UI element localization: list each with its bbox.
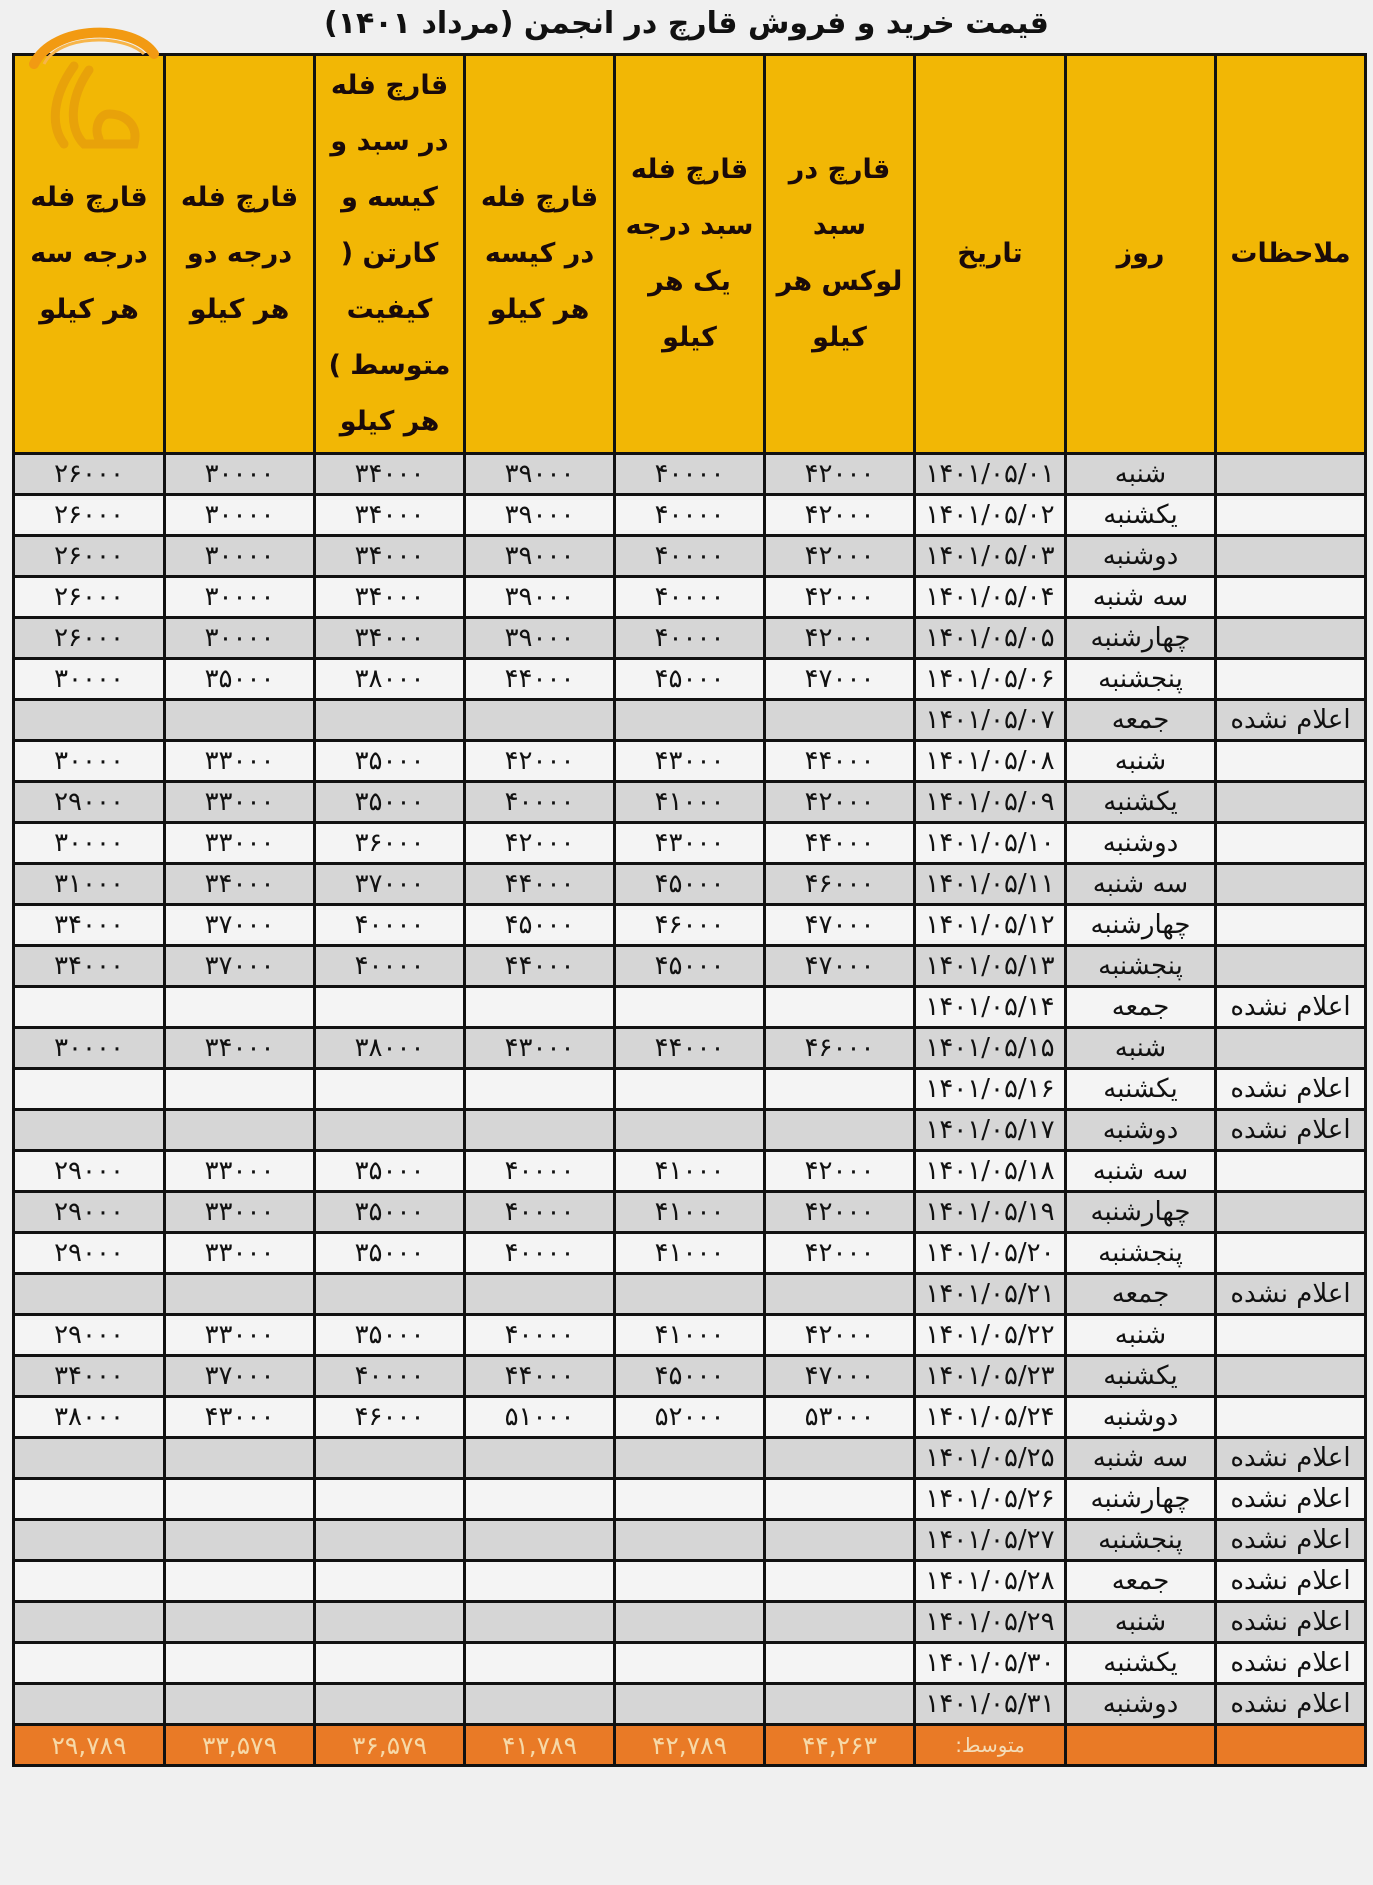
notes-cell: اعلام نشده [1216,1110,1366,1151]
lux-basket-price-cell [765,1602,915,1643]
grade3-price-cell: ۲۶۰۰۰ [14,577,165,618]
table-row: دوشنبه۱۴۰۱/۰۵/۱۰۴۴۰۰۰۴۳۰۰۰۴۲۰۰۰۳۶۰۰۰۳۳۰۰… [14,823,1366,864]
notes-cell [1216,577,1366,618]
day-cell: چهارشنبه [1066,618,1216,659]
mixed-carton-price-cell: ۳۴۰۰۰ [315,618,465,659]
date-cell: ۱۴۰۱/۰۵/۰۴ [915,577,1066,618]
table-row: پنجشنبه۱۴۰۱/۰۵/۰۶۴۷۰۰۰۴۵۰۰۰۴۴۰۰۰۳۸۰۰۰۳۵۰… [14,659,1366,700]
notes-cell [1216,536,1366,577]
grade3-price-cell: ۲۶۰۰۰ [14,536,165,577]
grade2-price-cell: ۳۳۰۰۰ [165,823,315,864]
grade2-price-cell: ۳۷۰۰۰ [165,905,315,946]
lux-basket-price-cell: ۴۲۰۰۰ [765,1315,915,1356]
mixed-carton-price-cell [315,1561,465,1602]
mixed-carton-price-cell: ۳۴۰۰۰ [315,495,465,536]
header-grade1-basket: قارچ فله سبد درجه یک هر کیلو [615,55,765,454]
mixed-carton-price-cell: ۳۵۰۰۰ [315,782,465,823]
date-cell: ۱۴۰۱/۰۵/۰۷ [915,700,1066,741]
header-bulk-bag: قارچ فله در کیسه هر کیلو [465,55,615,454]
day-cell: شنبه [1066,741,1216,782]
bulk-bag-price-cell [465,1274,615,1315]
day-cell: جمعه [1066,1274,1216,1315]
table-row: اعلام نشدهیکشنبه۱۴۰۱/۰۵/۳۰ [14,1643,1366,1684]
notes-cell [1216,1397,1366,1438]
date-cell: ۱۴۰۱/۰۵/۰۳ [915,536,1066,577]
bulk-bag-price-cell [465,1110,615,1151]
day-cell: چهارشنبه [1066,1192,1216,1233]
mixed-carton-price-cell: ۴۰۰۰۰ [315,1356,465,1397]
grade3-price-cell [14,700,165,741]
bulk-bag-price-cell: ۴۰۰۰۰ [465,1151,615,1192]
grade1-basket-price-cell [615,1069,765,1110]
table-row: پنجشنبه۱۴۰۱/۰۵/۱۳۴۷۰۰۰۴۵۰۰۰۴۴۰۰۰۴۰۰۰۰۳۷۰… [14,946,1366,987]
grade2-price-cell [165,1602,315,1643]
day-cell: دوشنبه [1066,536,1216,577]
grade2-price-cell: ۳۷۰۰۰ [165,946,315,987]
grade2-price-cell [165,1684,315,1725]
header-mixed-carton: قارچ فله در سبد و کیسه و کارتن ( کیفیت م… [315,55,465,454]
bulk-bag-price-cell: ۳۹۰۰۰ [465,454,615,495]
grade2-price-cell: ۳۳۰۰۰ [165,1151,315,1192]
date-cell: ۱۴۰۱/۰۵/۰۸ [915,741,1066,782]
date-cell: ۱۴۰۱/۰۵/۱۵ [915,1028,1066,1069]
grade3-price-cell: ۳۴۰۰۰ [14,946,165,987]
mixed-carton-price-cell: ۳۵۰۰۰ [315,1233,465,1274]
day-cell: شنبه [1066,1028,1216,1069]
page-title: قیمت خرید و فروش قارچ در انجمن (مرداد ۱۴… [0,6,1373,41]
grade3-price-cell [14,1110,165,1151]
grade3-price-cell: ۳۸۰۰۰ [14,1397,165,1438]
grade1-basket-price-cell [615,1438,765,1479]
notes-cell [1216,823,1366,864]
date-cell: ۱۴۰۱/۰۵/۱۱ [915,864,1066,905]
grade1-basket-price-cell: ۴۰۰۰۰ [615,577,765,618]
mixed-carton-price-cell [315,1110,465,1151]
mixed-carton-price-cell [315,987,465,1028]
lux-basket-price-cell: ۴۲۰۰۰ [765,495,915,536]
grade1-basket-price-cell [615,1479,765,1520]
lux-basket-price-cell: ۴۲۰۰۰ [765,618,915,659]
date-cell: ۱۴۰۱/۰۵/۳۱ [915,1684,1066,1725]
average-grade1-basket: ۴۲,۷۸۹ [615,1725,765,1766]
date-cell: ۱۴۰۱/۰۵/۲۹ [915,1602,1066,1643]
date-cell: ۱۴۰۱/۰۵/۱۰ [915,823,1066,864]
lux-basket-price-cell [765,1520,915,1561]
grade1-basket-price-cell: ۴۰۰۰۰ [615,536,765,577]
grade2-price-cell [165,1561,315,1602]
bulk-bag-price-cell [465,1643,615,1684]
date-cell: ۱۴۰۱/۰۵/۰۲ [915,495,1066,536]
table-row: اعلام نشدهجمعه۱۴۰۱/۰۵/۰۷ [14,700,1366,741]
notes-cell: اعلام نشده [1216,700,1366,741]
grade3-price-cell: ۲۹۰۰۰ [14,1192,165,1233]
day-cell: جمعه [1066,700,1216,741]
grade1-basket-price-cell: ۴۰۰۰۰ [615,618,765,659]
bulk-bag-price-cell: ۳۹۰۰۰ [465,618,615,659]
lux-basket-price-cell: ۴۷۰۰۰ [765,659,915,700]
notes-cell [1216,1151,1366,1192]
table-row: شنبه۱۴۰۱/۰۵/۰۸۴۴۰۰۰۴۳۰۰۰۴۲۰۰۰۳۵۰۰۰۳۳۰۰۰۳… [14,741,1366,782]
notes-cell [1216,1192,1366,1233]
lux-basket-price-cell: ۴۴۰۰۰ [765,823,915,864]
lux-basket-price-cell: ۴۴۰۰۰ [765,741,915,782]
date-cell: ۱۴۰۱/۰۵/۲۵ [915,1438,1066,1479]
table-row: یکشنبه۱۴۰۱/۰۵/۰۲۴۲۰۰۰۴۰۰۰۰۳۹۰۰۰۳۴۰۰۰۳۰۰۰… [14,495,1366,536]
grade1-basket-price-cell: ۴۶۰۰۰ [615,905,765,946]
lux-basket-price-cell: ۴۷۰۰۰ [765,905,915,946]
grade1-basket-price-cell [615,1684,765,1725]
notes-cell [1216,618,1366,659]
date-cell: ۱۴۰۱/۰۵/۰۱ [915,454,1066,495]
grade3-price-cell [14,1684,165,1725]
grade1-basket-price-cell: ۴۰۰۰۰ [615,495,765,536]
grade2-price-cell: ۳۴۰۰۰ [165,864,315,905]
grade3-price-cell [14,1069,165,1110]
grade3-price-cell: ۳۰۰۰۰ [14,659,165,700]
lux-basket-price-cell [765,987,915,1028]
grade3-price-cell: ۲۹۰۰۰ [14,1151,165,1192]
table-row: چهارشنبه۱۴۰۱/۰۵/۱۹۴۲۰۰۰۴۱۰۰۰۴۰۰۰۰۳۵۰۰۰۳۳… [14,1192,1366,1233]
grade3-price-cell: ۳۴۰۰۰ [14,1356,165,1397]
grade1-basket-price-cell: ۴۵۰۰۰ [615,659,765,700]
grade2-price-cell: ۳۳۰۰۰ [165,1315,315,1356]
table-row: اعلام نشدهسه شنبه۱۴۰۱/۰۵/۲۵ [14,1438,1366,1479]
notes-cell: اعلام نشده [1216,1069,1366,1110]
table-row: شنبه۱۴۰۱/۰۵/۰۱۴۲۰۰۰۴۰۰۰۰۳۹۰۰۰۳۴۰۰۰۳۰۰۰۰۲… [14,454,1366,495]
notes-cell [1216,1233,1366,1274]
bulk-bag-price-cell: ۴۴۰۰۰ [465,864,615,905]
grade1-basket-price-cell: ۴۱۰۰۰ [615,1192,765,1233]
day-cell: یکشنبه [1066,782,1216,823]
day-cell: سه شنبه [1066,864,1216,905]
notes-cell [1216,864,1366,905]
grade2-price-cell: ۳۰۰۰۰ [165,454,315,495]
table-row: اعلام نشدهچهارشنبه۱۴۰۱/۰۵/۲۶ [14,1479,1366,1520]
bulk-bag-price-cell: ۴۰۰۰۰ [465,1192,615,1233]
bulk-bag-price-cell [465,1602,615,1643]
grade1-basket-price-cell: ۴۱۰۰۰ [615,1151,765,1192]
mixed-carton-price-cell: ۳۵۰۰۰ [315,1315,465,1356]
grade3-price-cell [14,1561,165,1602]
average-label: متوسط: [915,1725,1066,1766]
mixed-carton-price-cell: ۴۰۰۰۰ [315,946,465,987]
grade3-price-cell [14,1602,165,1643]
table-row: دوشنبه۱۴۰۱/۰۵/۰۳۴۲۰۰۰۴۰۰۰۰۳۹۰۰۰۳۴۰۰۰۳۰۰۰… [14,536,1366,577]
grade3-price-cell [14,1438,165,1479]
bulk-bag-price-cell [465,1520,615,1561]
mixed-carton-price-cell: ۳۴۰۰۰ [315,536,465,577]
grade1-basket-price-cell [615,1110,765,1151]
day-cell: چهارشنبه [1066,1479,1216,1520]
mixed-carton-price-cell: ۳۴۰۰۰ [315,577,465,618]
notes-cell: اعلام نشده [1216,1643,1366,1684]
day-cell: دوشنبه [1066,1684,1216,1725]
day-cell: یکشنبه [1066,1643,1216,1684]
table-row: چهارشنبه۱۴۰۱/۰۵/۱۲۴۷۰۰۰۴۶۰۰۰۴۵۰۰۰۴۰۰۰۰۳۷… [14,905,1366,946]
grade2-price-cell: ۳۰۰۰۰ [165,618,315,659]
grade2-price-cell [165,1520,315,1561]
date-cell: ۱۴۰۱/۰۵/۱۹ [915,1192,1066,1233]
grade1-basket-price-cell: ۴۵۰۰۰ [615,1356,765,1397]
grade2-price-cell: ۳۳۰۰۰ [165,741,315,782]
table-row: شنبه۱۴۰۱/۰۵/۱۵۴۶۰۰۰۴۴۰۰۰۴۳۰۰۰۳۸۰۰۰۳۴۰۰۰۳… [14,1028,1366,1069]
date-cell: ۱۴۰۱/۰۵/۱۷ [915,1110,1066,1151]
date-cell: ۱۴۰۱/۰۵/۱۴ [915,987,1066,1028]
notes-cell [1216,659,1366,700]
mixed-carton-price-cell: ۳۵۰۰۰ [315,1192,465,1233]
grade2-price-cell [165,1438,315,1479]
grade3-price-cell [14,1274,165,1315]
date-cell: ۱۴۰۱/۰۵/۳۰ [915,1643,1066,1684]
lux-basket-price-cell: ۴۲۰۰۰ [765,1192,915,1233]
lux-basket-price-cell: ۴۶۰۰۰ [765,864,915,905]
table-row: یکشنبه۱۴۰۱/۰۵/۰۹۴۲۰۰۰۴۱۰۰۰۴۰۰۰۰۳۵۰۰۰۳۳۰۰… [14,782,1366,823]
grade3-price-cell: ۲۶۰۰۰ [14,495,165,536]
table-row: اعلام نشدهدوشنبه۱۴۰۱/۰۵/۳۱ [14,1684,1366,1725]
mixed-carton-price-cell: ۳۸۰۰۰ [315,1028,465,1069]
average-grade3: ۲۹,۷۸۹ [14,1725,165,1766]
date-cell: ۱۴۰۱/۰۵/۲۴ [915,1397,1066,1438]
bulk-bag-price-cell: ۴۰۰۰۰ [465,1315,615,1356]
grade1-basket-price-cell [615,987,765,1028]
lux-basket-price-cell: ۴۲۰۰۰ [765,454,915,495]
grade1-basket-price-cell: ۴۵۰۰۰ [615,864,765,905]
day-cell: شنبه [1066,454,1216,495]
bulk-bag-price-cell: ۴۴۰۰۰ [465,946,615,987]
day-cell: پنجشنبه [1066,1233,1216,1274]
day-cell: سه شنبه [1066,1438,1216,1479]
grade2-price-cell: ۳۰۰۰۰ [165,577,315,618]
table-row: چهارشنبه۱۴۰۱/۰۵/۰۵۴۲۰۰۰۴۰۰۰۰۳۹۰۰۰۳۴۰۰۰۳۰… [14,618,1366,659]
grade1-basket-price-cell [615,700,765,741]
notes-cell [1216,741,1366,782]
grade2-price-cell [165,987,315,1028]
price-table: ملاحظاتروزتاریخقارچ در سبد لوکس هر کیلوق… [12,53,1367,1767]
day-cell: شنبه [1066,1602,1216,1643]
header-notes: ملاحظات [1216,55,1366,454]
grade3-price-cell [14,987,165,1028]
mixed-carton-price-cell [315,1438,465,1479]
date-cell: ۱۴۰۱/۰۵/۲۳ [915,1356,1066,1397]
date-cell: ۱۴۰۱/۰۵/۲۲ [915,1315,1066,1356]
grade1-basket-price-cell: ۵۲۰۰۰ [615,1397,765,1438]
mixed-carton-price-cell: ۳۶۰۰۰ [315,823,465,864]
date-cell: ۱۴۰۱/۰۵/۲۷ [915,1520,1066,1561]
bulk-bag-price-cell [465,1069,615,1110]
bulk-bag-price-cell: ۴۵۰۰۰ [465,905,615,946]
bulk-bag-price-cell [465,1561,615,1602]
bulk-bag-price-cell [465,1684,615,1725]
grade1-basket-price-cell: ۴۵۰۰۰ [615,946,765,987]
bulk-bag-price-cell: ۳۹۰۰۰ [465,536,615,577]
bulk-bag-price-cell: ۴۴۰۰۰ [465,1356,615,1397]
grade2-price-cell: ۴۳۰۰۰ [165,1397,315,1438]
lux-basket-price-cell: ۴۷۰۰۰ [765,946,915,987]
day-cell: دوشنبه [1066,823,1216,864]
notes-cell [1216,782,1366,823]
notes-cell [1216,946,1366,987]
day-cell: جمعه [1066,1561,1216,1602]
table-row: اعلام نشدهیکشنبه۱۴۰۱/۰۵/۱۶ [14,1069,1366,1110]
date-cell: ۱۴۰۱/۰۵/۱۳ [915,946,1066,987]
table-body: شنبه۱۴۰۱/۰۵/۰۱۴۲۰۰۰۴۰۰۰۰۳۹۰۰۰۳۴۰۰۰۳۰۰۰۰۲… [14,454,1366,1766]
day-cell: دوشنبه [1066,1397,1216,1438]
grade1-basket-price-cell [615,1602,765,1643]
lux-basket-price-cell: ۴۲۰۰۰ [765,536,915,577]
grade3-price-cell: ۳۴۰۰۰ [14,905,165,946]
notes-cell [1216,1315,1366,1356]
mixed-carton-price-cell [315,700,465,741]
grade3-price-cell: ۳۰۰۰۰ [14,823,165,864]
bulk-bag-price-cell [465,1438,615,1479]
grade2-price-cell: ۳۰۰۰۰ [165,495,315,536]
date-cell: ۱۴۰۱/۰۵/۰۶ [915,659,1066,700]
grade2-price-cell: ۳۰۰۰۰ [165,536,315,577]
lux-basket-price-cell: ۴۲۰۰۰ [765,577,915,618]
bulk-bag-price-cell: ۴۰۰۰۰ [465,1233,615,1274]
bulk-bag-price-cell: ۳۹۰۰۰ [465,495,615,536]
table-row: دوشنبه۱۴۰۱/۰۵/۲۴۵۳۰۰۰۵۲۰۰۰۵۱۰۰۰۴۶۰۰۰۴۳۰۰… [14,1397,1366,1438]
day-cell: سه شنبه [1066,577,1216,618]
day-cell: سه شنبه [1066,1151,1216,1192]
average-row: متوسط:۴۴,۲۶۳۴۲,۷۸۹۴۱,۷۸۹۳۶,۵۷۹۳۳,۵۷۹۲۹,۷… [14,1725,1366,1766]
notes-cell: اعلام نشده [1216,1602,1366,1643]
grade2-price-cell: ۳۳۰۰۰ [165,1192,315,1233]
date-cell: ۱۴۰۱/۰۵/۱۲ [915,905,1066,946]
grade2-price-cell: ۳۵۰۰۰ [165,659,315,700]
day-cell: جمعه [1066,987,1216,1028]
lux-basket-price-cell [765,700,915,741]
grade2-price-cell: ۳۷۰۰۰ [165,1356,315,1397]
grade3-price-cell [14,1643,165,1684]
day-cell: پنجشنبه [1066,659,1216,700]
mixed-carton-price-cell: ۳۷۰۰۰ [315,864,465,905]
grade1-basket-price-cell [615,1561,765,1602]
table-row: سه شنبه۱۴۰۱/۰۵/۱۸۴۲۰۰۰۴۱۰۰۰۴۰۰۰۰۳۵۰۰۰۳۳۰… [14,1151,1366,1192]
date-cell: ۱۴۰۱/۰۵/۱۸ [915,1151,1066,1192]
grade1-basket-price-cell: ۴۴۰۰۰ [615,1028,765,1069]
lux-basket-price-cell [765,1479,915,1520]
bulk-bag-price-cell: ۵۱۰۰۰ [465,1397,615,1438]
grade2-price-cell [165,1069,315,1110]
average-bulk-bag: ۴۱,۷۸۹ [465,1725,615,1766]
table-row: اعلام نشدهدوشنبه۱۴۰۱/۰۵/۱۷ [14,1110,1366,1151]
header-row: ملاحظاتروزتاریخقارچ در سبد لوکس هر کیلوق… [14,55,1366,454]
grade2-price-cell [165,1479,315,1520]
table-row: پنجشنبه۱۴۰۱/۰۵/۲۰۴۲۰۰۰۴۱۰۰۰۴۰۰۰۰۳۵۰۰۰۳۳۰… [14,1233,1366,1274]
notes-cell: اعلام نشده [1216,1479,1366,1520]
table-row: اعلام نشدهجمعه۱۴۰۱/۰۵/۲۱ [14,1274,1366,1315]
date-cell: ۱۴۰۱/۰۵/۲۸ [915,1561,1066,1602]
lux-basket-price-cell: ۵۳۰۰۰ [765,1397,915,1438]
mixed-carton-price-cell [315,1274,465,1315]
grade1-basket-price-cell [615,1520,765,1561]
notes-cell [1216,905,1366,946]
date-cell: ۱۴۰۱/۰۵/۱۶ [915,1069,1066,1110]
lux-basket-price-cell: ۴۲۰۰۰ [765,782,915,823]
lux-basket-price-cell: ۴۶۰۰۰ [765,1028,915,1069]
date-cell: ۱۴۰۱/۰۵/۲۰ [915,1233,1066,1274]
grade3-price-cell: ۲۹۰۰۰ [14,1315,165,1356]
day-cell: پنجشنبه [1066,1520,1216,1561]
header-day: روز [1066,55,1216,454]
grade3-price-cell [14,1520,165,1561]
day-cell: دوشنبه [1066,1110,1216,1151]
grade1-basket-price-cell [615,1274,765,1315]
lux-basket-price-cell [765,1643,915,1684]
bulk-bag-price-cell [465,1479,615,1520]
table-row: اعلام نشدهپنجشنبه۱۴۰۱/۰۵/۲۷ [14,1520,1366,1561]
table-row: یکشنبه۱۴۰۱/۰۵/۲۳۴۷۰۰۰۴۵۰۰۰۴۴۰۰۰۴۰۰۰۰۳۷۰۰… [14,1356,1366,1397]
mixed-carton-price-cell: ۴۰۰۰۰ [315,905,465,946]
grade3-price-cell: ۲۶۰۰۰ [14,618,165,659]
notes-cell: اعلام نشده [1216,1561,1366,1602]
header-date: تاریخ [915,55,1066,454]
mixed-carton-price-cell: ۳۴۰۰۰ [315,454,465,495]
mixed-carton-price-cell [315,1520,465,1561]
date-cell: ۱۴۰۱/۰۵/۲۶ [915,1479,1066,1520]
grade1-basket-price-cell: ۴۳۰۰۰ [615,823,765,864]
day-cell: چهارشنبه [1066,905,1216,946]
notes-cell: اعلام نشده [1216,1438,1366,1479]
grade3-price-cell: ۳۱۰۰۰ [14,864,165,905]
date-cell: ۱۴۰۱/۰۵/۰۹ [915,782,1066,823]
grade1-basket-price-cell: ۴۰۰۰۰ [615,454,765,495]
notes-cell: اعلام نشده [1216,1684,1366,1725]
lux-basket-price-cell: ۴۲۰۰۰ [765,1151,915,1192]
lux-basket-price-cell [765,1684,915,1725]
average-lux-basket: ۴۴,۲۶۳ [765,1725,915,1766]
grade2-price-cell: ۳۳۰۰۰ [165,782,315,823]
mixed-carton-price-cell: ۳۵۰۰۰ [315,741,465,782]
grade3-price-cell [14,1479,165,1520]
mixed-carton-price-cell: ۳۸۰۰۰ [315,659,465,700]
bulk-bag-price-cell: ۳۹۰۰۰ [465,577,615,618]
mixed-carton-price-cell: ۴۶۰۰۰ [315,1397,465,1438]
lux-basket-price-cell [765,1110,915,1151]
bulk-bag-price-cell: ۴۲۰۰۰ [465,741,615,782]
day-cell: یکشنبه [1066,1356,1216,1397]
bulk-bag-price-cell [465,987,615,1028]
notes-cell: اعلام نشده [1216,987,1366,1028]
grade2-price-cell [165,1274,315,1315]
lux-basket-price-cell [765,1438,915,1479]
mixed-carton-price-cell [315,1643,465,1684]
grade2-price-cell [165,1110,315,1151]
mixed-carton-price-cell: ۳۵۰۰۰ [315,1151,465,1192]
bulk-bag-price-cell: ۴۳۰۰۰ [465,1028,615,1069]
notes-cell: اعلام نشده [1216,1274,1366,1315]
bulk-bag-price-cell: ۴۰۰۰۰ [465,782,615,823]
grade3-price-cell: ۲۹۰۰۰ [14,782,165,823]
mixed-carton-price-cell [315,1479,465,1520]
grade3-price-cell: ۳۰۰۰۰ [14,1028,165,1069]
table-row: اعلام نشدهجمعه۱۴۰۱/۰۵/۲۸ [14,1561,1366,1602]
grade3-price-cell: ۲۹۰۰۰ [14,1233,165,1274]
notes-cell [1216,454,1366,495]
grade2-price-cell [165,700,315,741]
grade3-price-cell: ۲۶۰۰۰ [14,454,165,495]
grade2-price-cell: ۳۴۰۰۰ [165,1028,315,1069]
table-row: سه شنبه۱۴۰۱/۰۵/۰۴۴۲۰۰۰۴۰۰۰۰۳۹۰۰۰۳۴۰۰۰۳۰۰… [14,577,1366,618]
bulk-bag-price-cell [465,700,615,741]
bulk-bag-price-cell: ۴۴۰۰۰ [465,659,615,700]
day-cell: پنجشنبه [1066,946,1216,987]
average-day-empty [1066,1725,1216,1766]
table-row: سه شنبه۱۴۰۱/۰۵/۱۱۴۶۰۰۰۴۵۰۰۰۴۴۰۰۰۳۷۰۰۰۳۴۰… [14,864,1366,905]
average-notes-empty [1216,1725,1366,1766]
table-row: شنبه۱۴۰۱/۰۵/۲۲۴۲۰۰۰۴۱۰۰۰۴۰۰۰۰۳۵۰۰۰۳۳۰۰۰۲… [14,1315,1366,1356]
